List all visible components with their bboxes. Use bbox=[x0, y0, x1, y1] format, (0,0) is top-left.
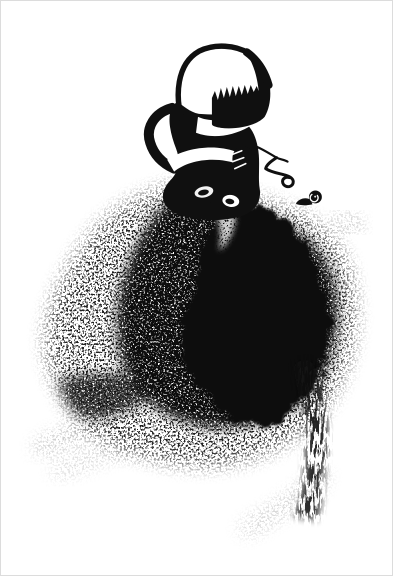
child-figure bbox=[149, 46, 270, 220]
snail-shell-center bbox=[314, 196, 316, 198]
illustration bbox=[1, 1, 392, 575]
shadow-streak-left-2 bbox=[53, 435, 152, 476]
twig bbox=[257, 147, 294, 187]
illustration-canvas bbox=[0, 0, 393, 576]
twig-hook bbox=[266, 158, 294, 187]
snail bbox=[296, 190, 322, 205]
shadow bbox=[35, 185, 365, 535]
shadow-dots-top-right bbox=[335, 214, 365, 230]
